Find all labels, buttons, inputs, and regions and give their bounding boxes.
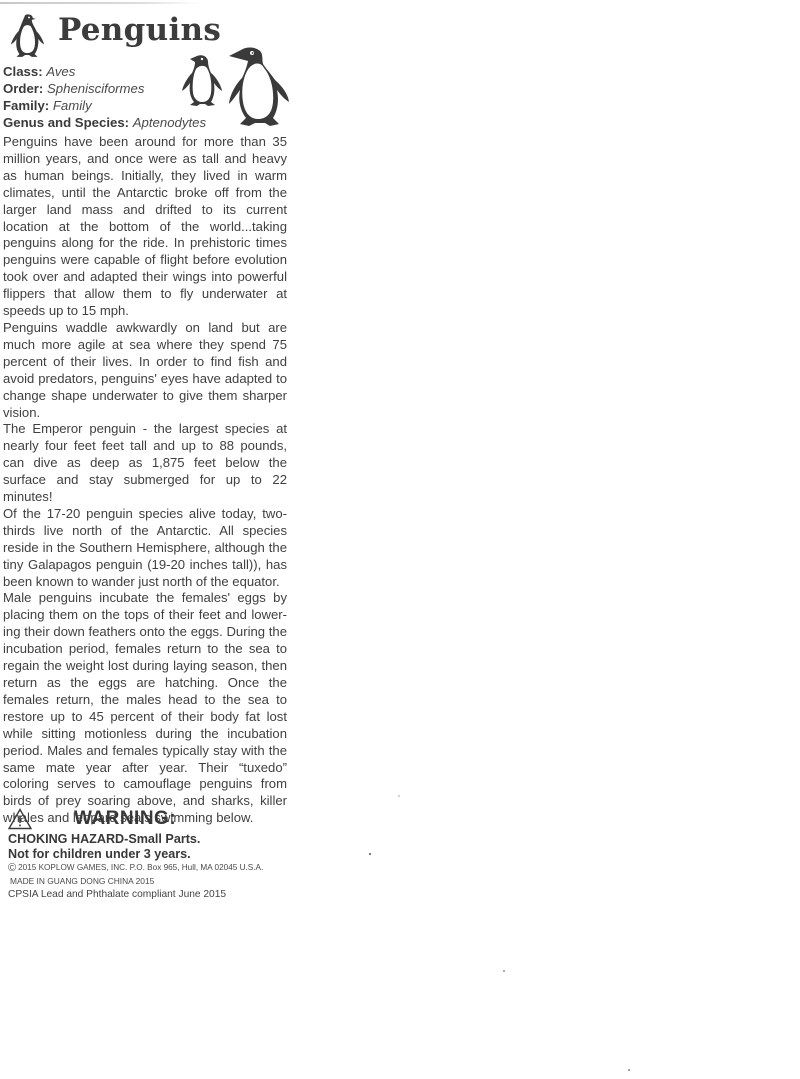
penguin-info-card: Penguins Class: Aves Order: Spheniscifor… bbox=[3, 0, 290, 128]
taxonomy-class: Class: Aves bbox=[3, 63, 206, 80]
copyright-icon: © bbox=[8, 862, 16, 874]
paragraph-emperor: The Emperor penguin - the largest specie… bbox=[3, 421, 287, 506]
taxonomy-label: Family: bbox=[3, 98, 49, 113]
paragraph-history: Penguins have been around for more than … bbox=[3, 134, 287, 320]
taxonomy-genus-species: Genus and Species: Aptenodytes bbox=[3, 114, 206, 131]
body-text: Penguins have been around for more than … bbox=[3, 134, 287, 827]
choking-hazard-text: CHOKING HAZARD-Small Parts. bbox=[8, 832, 298, 847]
copyright-text: 2015 KOPLOW GAMES, INC. P.O. Box 965, Hu… bbox=[18, 862, 263, 874]
scan-speck bbox=[369, 853, 371, 855]
taxonomy-label: Order: bbox=[3, 81, 43, 96]
copyright-line: © 2015 KOPLOW GAMES, INC. P.O. Box 965, … bbox=[8, 862, 298, 874]
taxonomy-value: Aves bbox=[46, 64, 75, 79]
page-title: Penguins bbox=[58, 10, 221, 50]
age-warning-text: Not for children under 3 years. bbox=[8, 847, 298, 862]
made-in-text: MADE IN GUANG DONG CHINA 2015 bbox=[8, 874, 298, 888]
cpsia-compliance-text: CPSIA Lead and Phthalate compliant June … bbox=[8, 888, 298, 902]
taxonomy-value: Aptenodytes bbox=[133, 115, 206, 130]
taxonomy-value: Sphenisciformes bbox=[47, 81, 144, 96]
taxonomy-list: Class: Aves Order: Sphenisciformes Famil… bbox=[3, 63, 206, 131]
taxonomy-family: Family: Family bbox=[3, 97, 206, 114]
warning-triangle-icon bbox=[8, 808, 32, 830]
scan-speck bbox=[398, 795, 400, 797]
paragraph-agility: Penguins waddle awkwardly on land but ar… bbox=[3, 320, 287, 421]
paragraph-species: Of the 17-20 penguin species alive today… bbox=[3, 506, 287, 591]
taxonomy-label: Genus and Species: bbox=[3, 115, 129, 130]
scan-speck bbox=[503, 970, 505, 972]
taxonomy-label: Class: bbox=[3, 64, 43, 79]
card-header: Penguins Class: Aves Order: Spheniscifor… bbox=[3, 0, 290, 128]
scan-speck bbox=[628, 1069, 630, 1071]
paragraph-incubation: Male penguins incubate the females' eggs… bbox=[3, 590, 287, 827]
taxonomy-order: Order: Sphenisciformes bbox=[3, 80, 206, 97]
warning-header: WARNING: bbox=[8, 806, 298, 832]
penguin-icon bbox=[227, 44, 291, 130]
warning-block: WARNING: CHOKING HAZARD-Small Parts. Not… bbox=[8, 806, 298, 902]
taxonomy-value: Family bbox=[53, 98, 92, 113]
penguin-icon bbox=[9, 12, 47, 60]
warning-title: WARNING: bbox=[74, 808, 176, 830]
